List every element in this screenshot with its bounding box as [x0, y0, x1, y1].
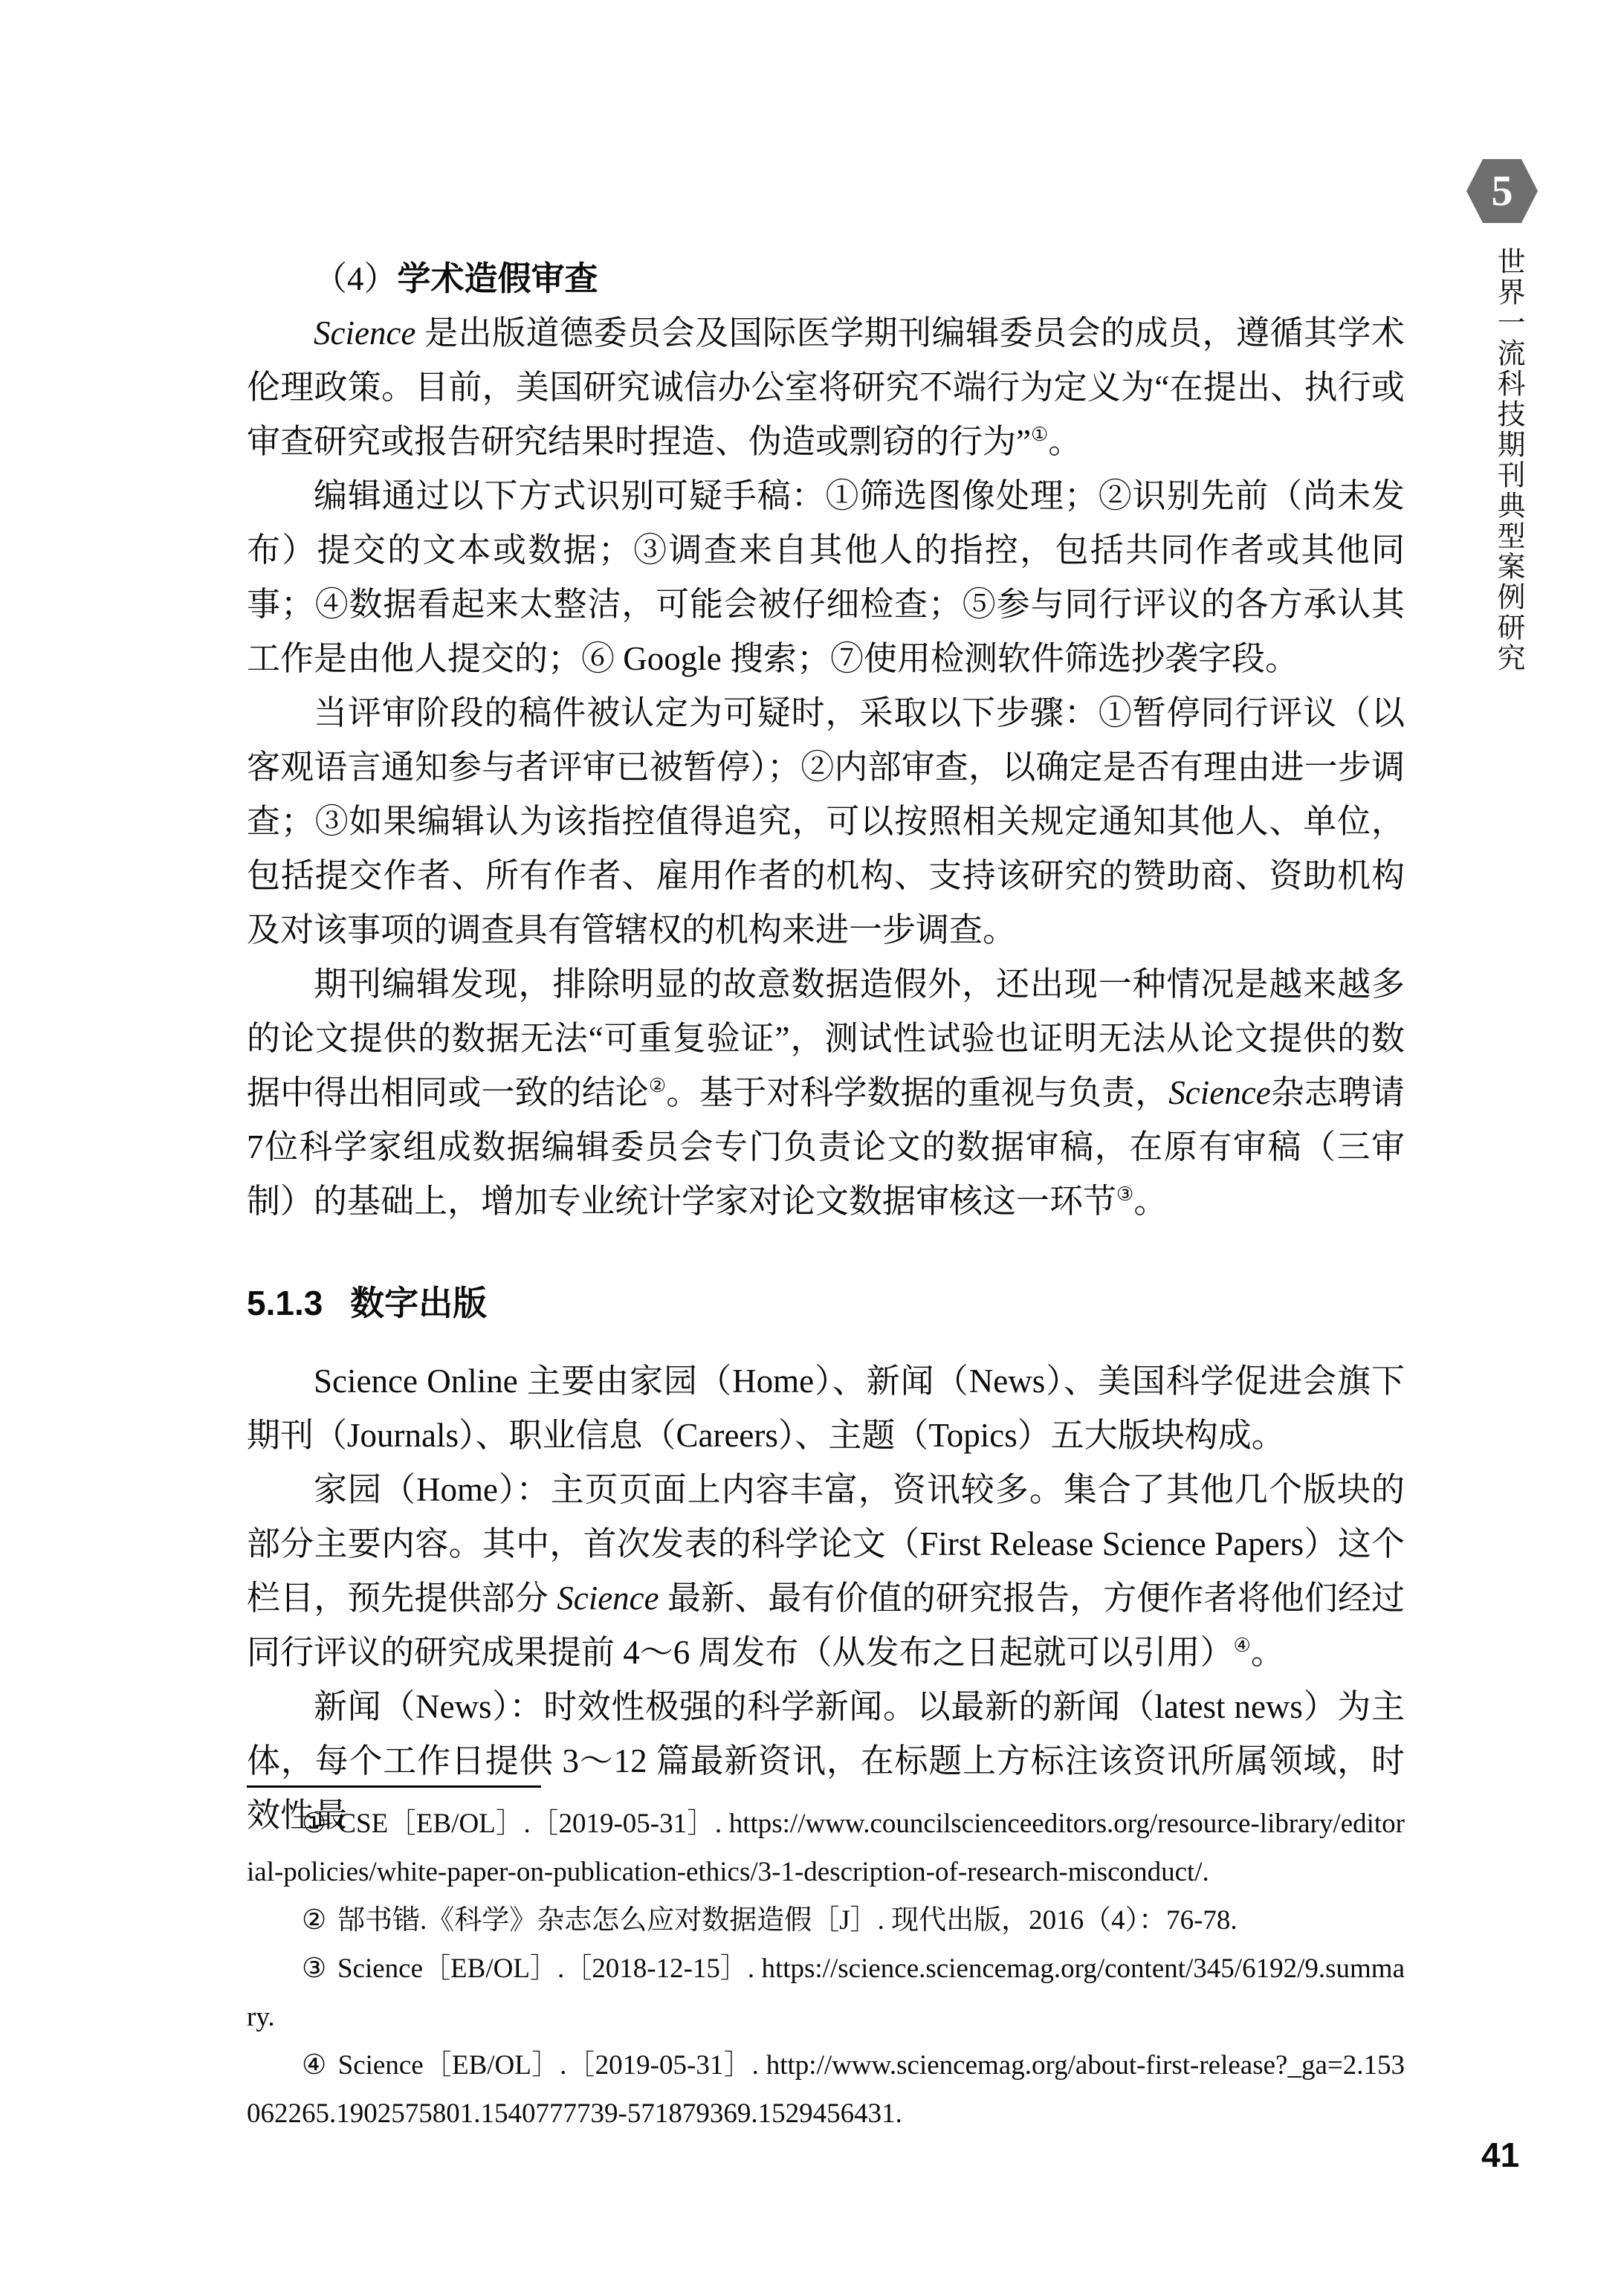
- text-run: Science Online 主要由家园（Home）、新闻（News）、美国科学…: [247, 1363, 1405, 1454]
- subsection-heading-number: 5.1.3: [247, 1284, 323, 1322]
- main-text-column: （4）学术造假审查 Science 是出版道德委员会及国际医学期刊编辑委员会的成…: [247, 251, 1405, 1843]
- text-run: 当评审阶段的稿件被认定为可疑时，采取以下步骤：①暂停同行评议（以客观语言通知参与…: [247, 694, 1405, 948]
- footnote-item: ④Science［EB/OL］.［2019-05-31］. http://www…: [247, 2041, 1405, 2138]
- chapter-number-badge: 5: [1466, 159, 1538, 223]
- footnote-text: Science［EB/OL］.［2018-12-15］. https://sci…: [247, 1953, 1405, 2032]
- paragraph: 编辑通过以下方式识别可疑手稿：①筛选图像处理；②识别先前（尚未发布）提交的文本或…: [247, 469, 1405, 686]
- sidebar-vertical-title: 世界一流科技期刊典型案例研究: [1488, 247, 1529, 673]
- footnote-area: ①CSE［EB/OL］.［2019-05-31］. https://www.co…: [247, 1785, 1405, 2138]
- footnote-item: ③Science［EB/OL］.［2018-12-15］. https://sc…: [247, 1945, 1405, 2041]
- footnote-marker: ②: [302, 1905, 326, 1936]
- footnote-marker: ③: [302, 1953, 326, 1984]
- footnote-ref: ②: [649, 1075, 666, 1096]
- chapter-number: 5: [1492, 169, 1513, 213]
- text-run: Science: [557, 1580, 659, 1617]
- footnote-list: ①CSE［EB/OL］.［2019-05-31］. https://www.co…: [247, 1800, 1405, 2138]
- subsection-heading: 5.1.3数字出版: [247, 1276, 1405, 1331]
- paragraph: 期刊编辑发现，排除明显的故意数据造假外，还出现一种情况是越来越多的论文提供的数据…: [247, 957, 1405, 1229]
- footnote-text: CSE［EB/OL］.［2019-05-31］. https://www.cou…: [247, 1809, 1405, 1887]
- paragraphs-before-subsection: Science 是出版道德委员会及国际医学期刊编辑委员会的成员，遵循其学术伦理政…: [247, 306, 1405, 1229]
- text-run: Science: [314, 314, 415, 352]
- footnote-ref: ③: [1116, 1183, 1133, 1205]
- paragraph: 当评审阶段的稿件被认定为可疑时，采取以下步骤：①暂停同行评议（以客观语言通知参与…: [247, 686, 1405, 957]
- footnote-ref: ④: [1234, 1635, 1251, 1656]
- text-run: 。: [1251, 1634, 1284, 1671]
- footnote-separator-rule: [247, 1785, 541, 1788]
- text-run: 。: [1048, 423, 1081, 460]
- paragraphs-after-subsection: Science Online 主要由家园（Home）、新闻（News）、美国科学…: [247, 1354, 1405, 1843]
- footnote-text: 郜书锴.《科学》杂志怎么应对数据造假［J］. 现代出版，2016（4）：76-7…: [337, 1905, 1238, 1936]
- footnote-marker: ④: [302, 2050, 327, 2081]
- paragraph: Science Online 主要由家园（Home）、新闻（News）、美国科学…: [247, 1354, 1405, 1463]
- footnote-text: Science［EB/OL］.［2019-05-31］. http://www.…: [247, 2050, 1405, 2129]
- text-run: 是出版道德委员会及国际医学期刊编辑委员会的成员，遵循其学术伦理政策。目前，美国研…: [247, 314, 1405, 460]
- book-page: （4）学术造假审查 Science 是出版道德委员会及国际医学期刊编辑委员会的成…: [0, 0, 1624, 2282]
- text-run: 编辑通过以下方式识别可疑手稿：①筛选图像处理；②识别先前（尚未发布）提交的文本或…: [247, 477, 1405, 677]
- footnote-marker: ①: [302, 1809, 327, 1839]
- paragraph: 家园（Home）：主页页面上内容丰富，资讯较多。集合了其他几个版块的部分主要内容…: [247, 1463, 1405, 1680]
- section-heading-title: 学术造假审查: [398, 259, 598, 297]
- section-heading: （4）学术造假审查: [247, 251, 1405, 306]
- footnote-ref: ①: [1031, 424, 1048, 445]
- section-heading-number: （4）: [314, 260, 398, 297]
- text-run: Science: [1168, 1074, 1270, 1111]
- paragraph: Science 是出版道德委员会及国际医学期刊编辑委员会的成员，遵循其学术伦理政…: [247, 306, 1405, 469]
- subsection-heading-title: 数字出版: [350, 1284, 487, 1322]
- footnote-item: ②郜书锴.《科学》杂志怎么应对数据造假［J］. 现代出版，2016（4）：76-…: [247, 1896, 1405, 1945]
- text-run: 。: [1133, 1183, 1167, 1220]
- footnote-item: ①CSE［EB/OL］.［2019-05-31］. https://www.co…: [247, 1800, 1405, 1896]
- text-run: 。基于对科学数据的重视与负责，: [666, 1074, 1168, 1111]
- page-number: 41: [1481, 2135, 1519, 2175]
